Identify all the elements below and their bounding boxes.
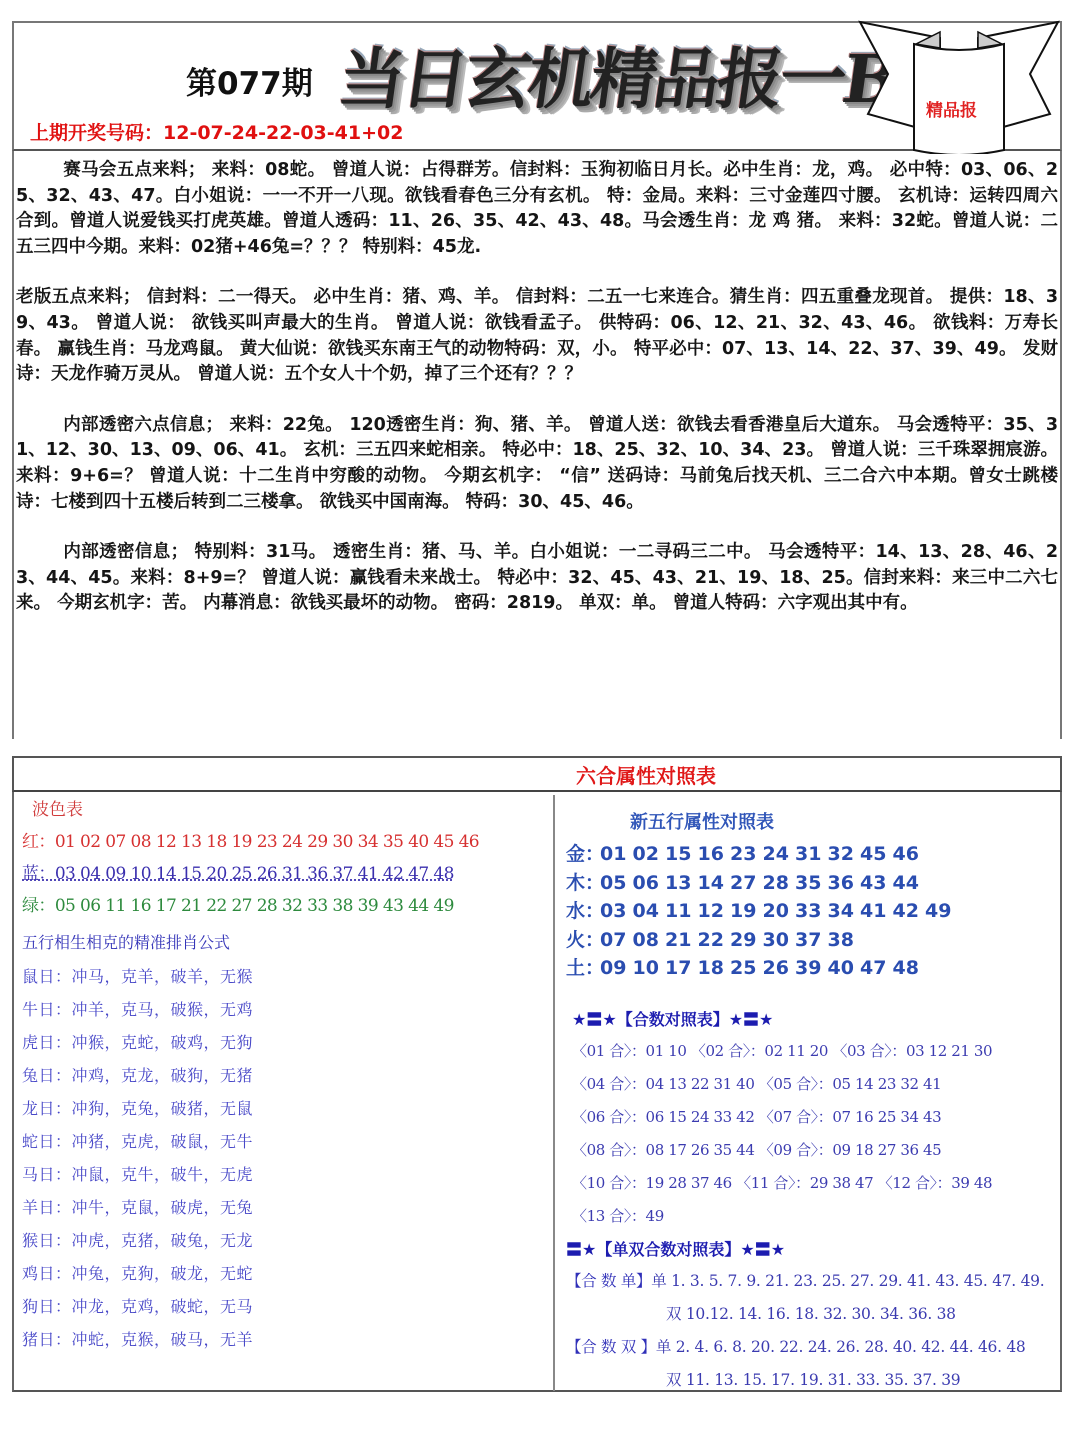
tips-section: 赛马会五点来料； 来料：08蛇。 曾道人说：占得群芳。信封料：玉狗初临日月长。必… — [16, 158, 1058, 642]
element-number: 37 — [795, 926, 828, 955]
element-number: 08 — [633, 926, 666, 955]
sum-table-row: 〈13 合〉：49 — [572, 1200, 1056, 1233]
element-number: 38 — [828, 926, 861, 955]
paragraph-heading: 老版五点来料； — [16, 287, 140, 307]
odd-even-table-title: 〓★【单双合数对照表】★〓★ — [566, 1235, 1056, 1265]
element-number: 39 — [795, 954, 828, 983]
five-element-row: 土：09101718252639404748 — [566, 954, 1056, 983]
ribbon-badge-icon — [848, 20, 1070, 154]
five-element-row: 火：0708212229303738 — [566, 926, 1056, 955]
element-number: 40 — [828, 954, 861, 983]
element-label: 木： — [566, 869, 600, 898]
odd-even-row: 双 11. 13. 15. 17. 19. 31. 33. 35. 37. 39 — [566, 1364, 1056, 1397]
element-number: 01 — [600, 840, 633, 869]
element-number: 21 — [665, 926, 698, 955]
five-element-row: 水：0304111219203334414249 — [566, 897, 1056, 926]
wave-color-title: 波色表 — [32, 796, 542, 826]
five-elements-table: 金：01021516232431324546木：0506131427283536… — [566, 840, 1056, 983]
wave-label: 蓝： — [22, 864, 55, 884]
element-label: 金： — [566, 840, 600, 869]
five-element-row: 金：01021516232431324546 — [566, 840, 1056, 869]
zodiac-formula-row: 兔日：冲鸡，克龙，破狗，无猪 — [22, 1059, 542, 1092]
element-number: 41 — [860, 897, 893, 926]
element-number: 31 — [795, 840, 828, 869]
tip-paragraph-4: 内部透密信息； 特别料：31马。 透密生肖：猪、马、羊。白小姐说：一二寻码三二中… — [16, 540, 1058, 617]
sum-table-row: 〈04 合〉：04 13 22 31 40 〈05 合〉：05 14 23 32… — [572, 1068, 1056, 1101]
sum-table-title: ★〓★【合数对照表】★〓★ — [572, 1005, 1056, 1035]
odd-even-values: 双 11. 13. 15. 17. 19. 31. 33. 35. 37. 39 — [666, 1371, 960, 1389]
zodiac-formula-row: 羊日：冲牛，克鼠，破虎，无兔 — [22, 1191, 542, 1224]
element-number: 15 — [665, 840, 698, 869]
wave-label: 红： — [22, 832, 55, 852]
element-number: 48 — [893, 954, 926, 983]
element-label: 土： — [566, 954, 600, 983]
odd-even-tag: 【合 数 单】 — [566, 1272, 651, 1290]
element-number: 45 — [860, 840, 893, 869]
element-number: 14 — [698, 869, 731, 898]
element-number: 32 — [828, 840, 861, 869]
element-number: 36 — [828, 869, 861, 898]
element-number: 25 — [730, 954, 763, 983]
element-number: 02 — [633, 840, 666, 869]
element-number: 29 — [730, 926, 763, 955]
element-number: 05 — [600, 869, 633, 898]
zodiac-formula-row: 牛日：冲羊，克马，破猴，无鸡 — [22, 993, 542, 1026]
tip-paragraph-1: 赛马会五点来料； 来料：08蛇。 曾道人说：占得群芳。信封料：玉狗初临日月长。必… — [16, 158, 1058, 260]
paragraph-text: 信封料：二一得天。 必中生肖：猪、鸡、羊。 信封料：二五一七来连合。猜生肖：四五… — [16, 287, 1058, 384]
element-number: 11 — [665, 897, 698, 926]
element-number: 43 — [860, 869, 893, 898]
element-number: 18 — [698, 954, 731, 983]
left-column: 波色表 红：01 02 07 08 12 13 18 19 23 24 29 3… — [22, 796, 542, 1356]
last-draw-label: 上期开奖号码： — [30, 122, 163, 144]
element-number: 34 — [828, 897, 861, 926]
column-divider — [553, 795, 555, 1391]
wave-label: 绿： — [22, 896, 55, 916]
right-column: 新五行属性对照表 金：01021516232431324546木：0506131… — [566, 806, 1056, 1397]
odd-even-row: 【合 数 双 】单 2. 4. 6. 8. 20. 22. 24. 26. 28… — [566, 1331, 1056, 1364]
element-number: 10 — [633, 954, 666, 983]
odd-even-values: 单 1. 3. 5. 7. 9. 21. 23. 25. 27. 29. 41.… — [651, 1272, 1044, 1290]
element-number: 46 — [893, 840, 926, 869]
five-element-row: 木：05061314272835364344 — [566, 869, 1056, 898]
element-number: 19 — [730, 897, 763, 926]
odd-even-tag: 【合 数 双 】 — [566, 1338, 656, 1356]
zodiac-formula-row: 狗日：冲龙，克鸡，破蛇，无马 — [22, 1290, 542, 1323]
element-number: 03 — [600, 897, 633, 926]
paragraph-heading: 赛马会五点来料； — [63, 160, 205, 180]
element-number: 44 — [893, 869, 926, 898]
element-number: 04 — [633, 897, 666, 926]
odd-even-row: 【合 数 单】单 1. 3. 5. 7. 9. 21. 23. 25. 27. … — [566, 1265, 1056, 1298]
element-label: 水： — [566, 897, 600, 926]
element-number: 07 — [600, 926, 633, 955]
tip-paragraph-3: 内部透密六点信息； 来料：22兔。 120透密生肖：狗、猪、羊。 曾道人送：欲钱… — [16, 413, 1058, 515]
issue-number: 第077期 — [186, 58, 313, 103]
zodiac-formula-row: 虎日：冲猴，克蛇，破鸡，无狗 — [22, 1026, 542, 1059]
element-number: 33 — [795, 897, 828, 926]
element-number: 26 — [763, 954, 796, 983]
element-number: 28 — [763, 869, 796, 898]
element-number: 17 — [665, 954, 698, 983]
ribbon-label: 精品报 — [926, 96, 977, 121]
element-number: 30 — [763, 926, 796, 955]
zodiac-formula-title: 五行相生相克的精准排肖公式 — [22, 928, 542, 960]
element-number: 23 — [730, 840, 763, 869]
element-number: 27 — [730, 869, 763, 898]
element-number: 42 — [893, 897, 926, 926]
sum-table-row: 〈06 合〉：06 15 24 33 42 〈07 合〉：07 16 25 34… — [572, 1101, 1056, 1134]
element-number: 06 — [633, 869, 666, 898]
tip-paragraph-2: 老版五点来料； 信封料：二一得天。 必中生肖：猪、鸡、羊。 信封料：二五一七来连… — [16, 285, 1058, 387]
banner-title: 当日玄机精品报一B — [334, 28, 903, 118]
wave-row-red: 红：01 02 07 08 12 13 18 19 23 24 29 30 34… — [22, 826, 542, 858]
paragraph-heading: 内部透密信息； — [63, 542, 188, 562]
element-number: 13 — [665, 869, 698, 898]
zodiac-formula-row: 猪日：冲蛇，克猴，破马，无羊 — [22, 1323, 542, 1356]
five-elements-title: 新五行属性对照表 — [630, 806, 1056, 840]
element-number: 35 — [795, 869, 828, 898]
element-number: 49 — [925, 897, 958, 926]
zodiac-formula-row: 龙日：冲狗，克兔，破猪，无鼠 — [22, 1092, 542, 1125]
attribute-table-header — [12, 756, 1062, 792]
element-number: 12 — [698, 897, 731, 926]
element-number: 09 — [600, 954, 633, 983]
element-number: 20 — [763, 897, 796, 926]
paragraph-heading: 内部透密六点信息； — [63, 415, 223, 435]
attribute-table-title: 六合属性对照表 — [576, 760, 716, 789]
wave-row-blue: 蓝：03 04 09 10 14 15 20 25 26 31 36 37 41… — [22, 858, 542, 890]
wave-numbers: 05 06 11 16 17 21 22 27 28 32 33 38 39 4… — [55, 896, 454, 916]
sum-table-row: 〈10 合〉：19 28 37 46 〈11 合〉：29 38 47 〈12 合… — [572, 1167, 1056, 1200]
last-draw: 上期开奖号码：12-07-24-22-03-41+02 — [30, 118, 403, 145]
sum-table-row: 〈08 合〉：08 17 26 35 44 〈09 合〉：09 18 27 36… — [572, 1134, 1056, 1167]
odd-even-row: 双 10.12. 14. 16. 18. 32. 30. 34. 36. 38 — [566, 1298, 1056, 1331]
wave-numbers: 03 04 09 10 14 15 20 25 26 31 36 37 41 4… — [55, 864, 454, 884]
zodiac-formula-row: 鼠日：冲马，克羊，破羊，无猴 — [22, 960, 542, 993]
last-draw-numbers: 12-07-24-22-03-41+02 — [163, 122, 403, 144]
element-number: 47 — [860, 954, 893, 983]
zodiac-formula-row: 猴日：冲虎，克猪，破兔，无龙 — [22, 1224, 542, 1257]
zodiac-formula-row: 鸡日：冲兔，克狗，破龙，无蛇 — [22, 1257, 542, 1290]
odd-even-values: 单 2. 4. 6. 8. 20. 22. 24. 26. 28. 40. 42… — [656, 1338, 1026, 1356]
zodiac-formula-row: 蛇日：冲猪，克虎，破鼠，无牛 — [22, 1125, 542, 1158]
element-number: 22 — [698, 926, 731, 955]
wave-row-green: 绿：05 06 11 16 17 21 22 27 28 32 33 38 39… — [22, 890, 542, 922]
element-number: 24 — [763, 840, 796, 869]
odd-even-values: 双 10.12. 14. 16. 18. 32. 30. 34. 36. 38 — [666, 1305, 956, 1323]
element-label: 火： — [566, 926, 600, 955]
sum-table-row: 〈01 合〉：01 10 〈02 合〉：02 11 20 〈03 合〉：03 1… — [572, 1035, 1056, 1068]
element-number: 16 — [698, 840, 731, 869]
zodiac-formula-row: 马日：冲鼠，克牛，破牛，无虎 — [22, 1158, 542, 1191]
wave-numbers: 01 02 07 08 12 13 18 19 23 24 29 30 34 3… — [55, 832, 479, 852]
